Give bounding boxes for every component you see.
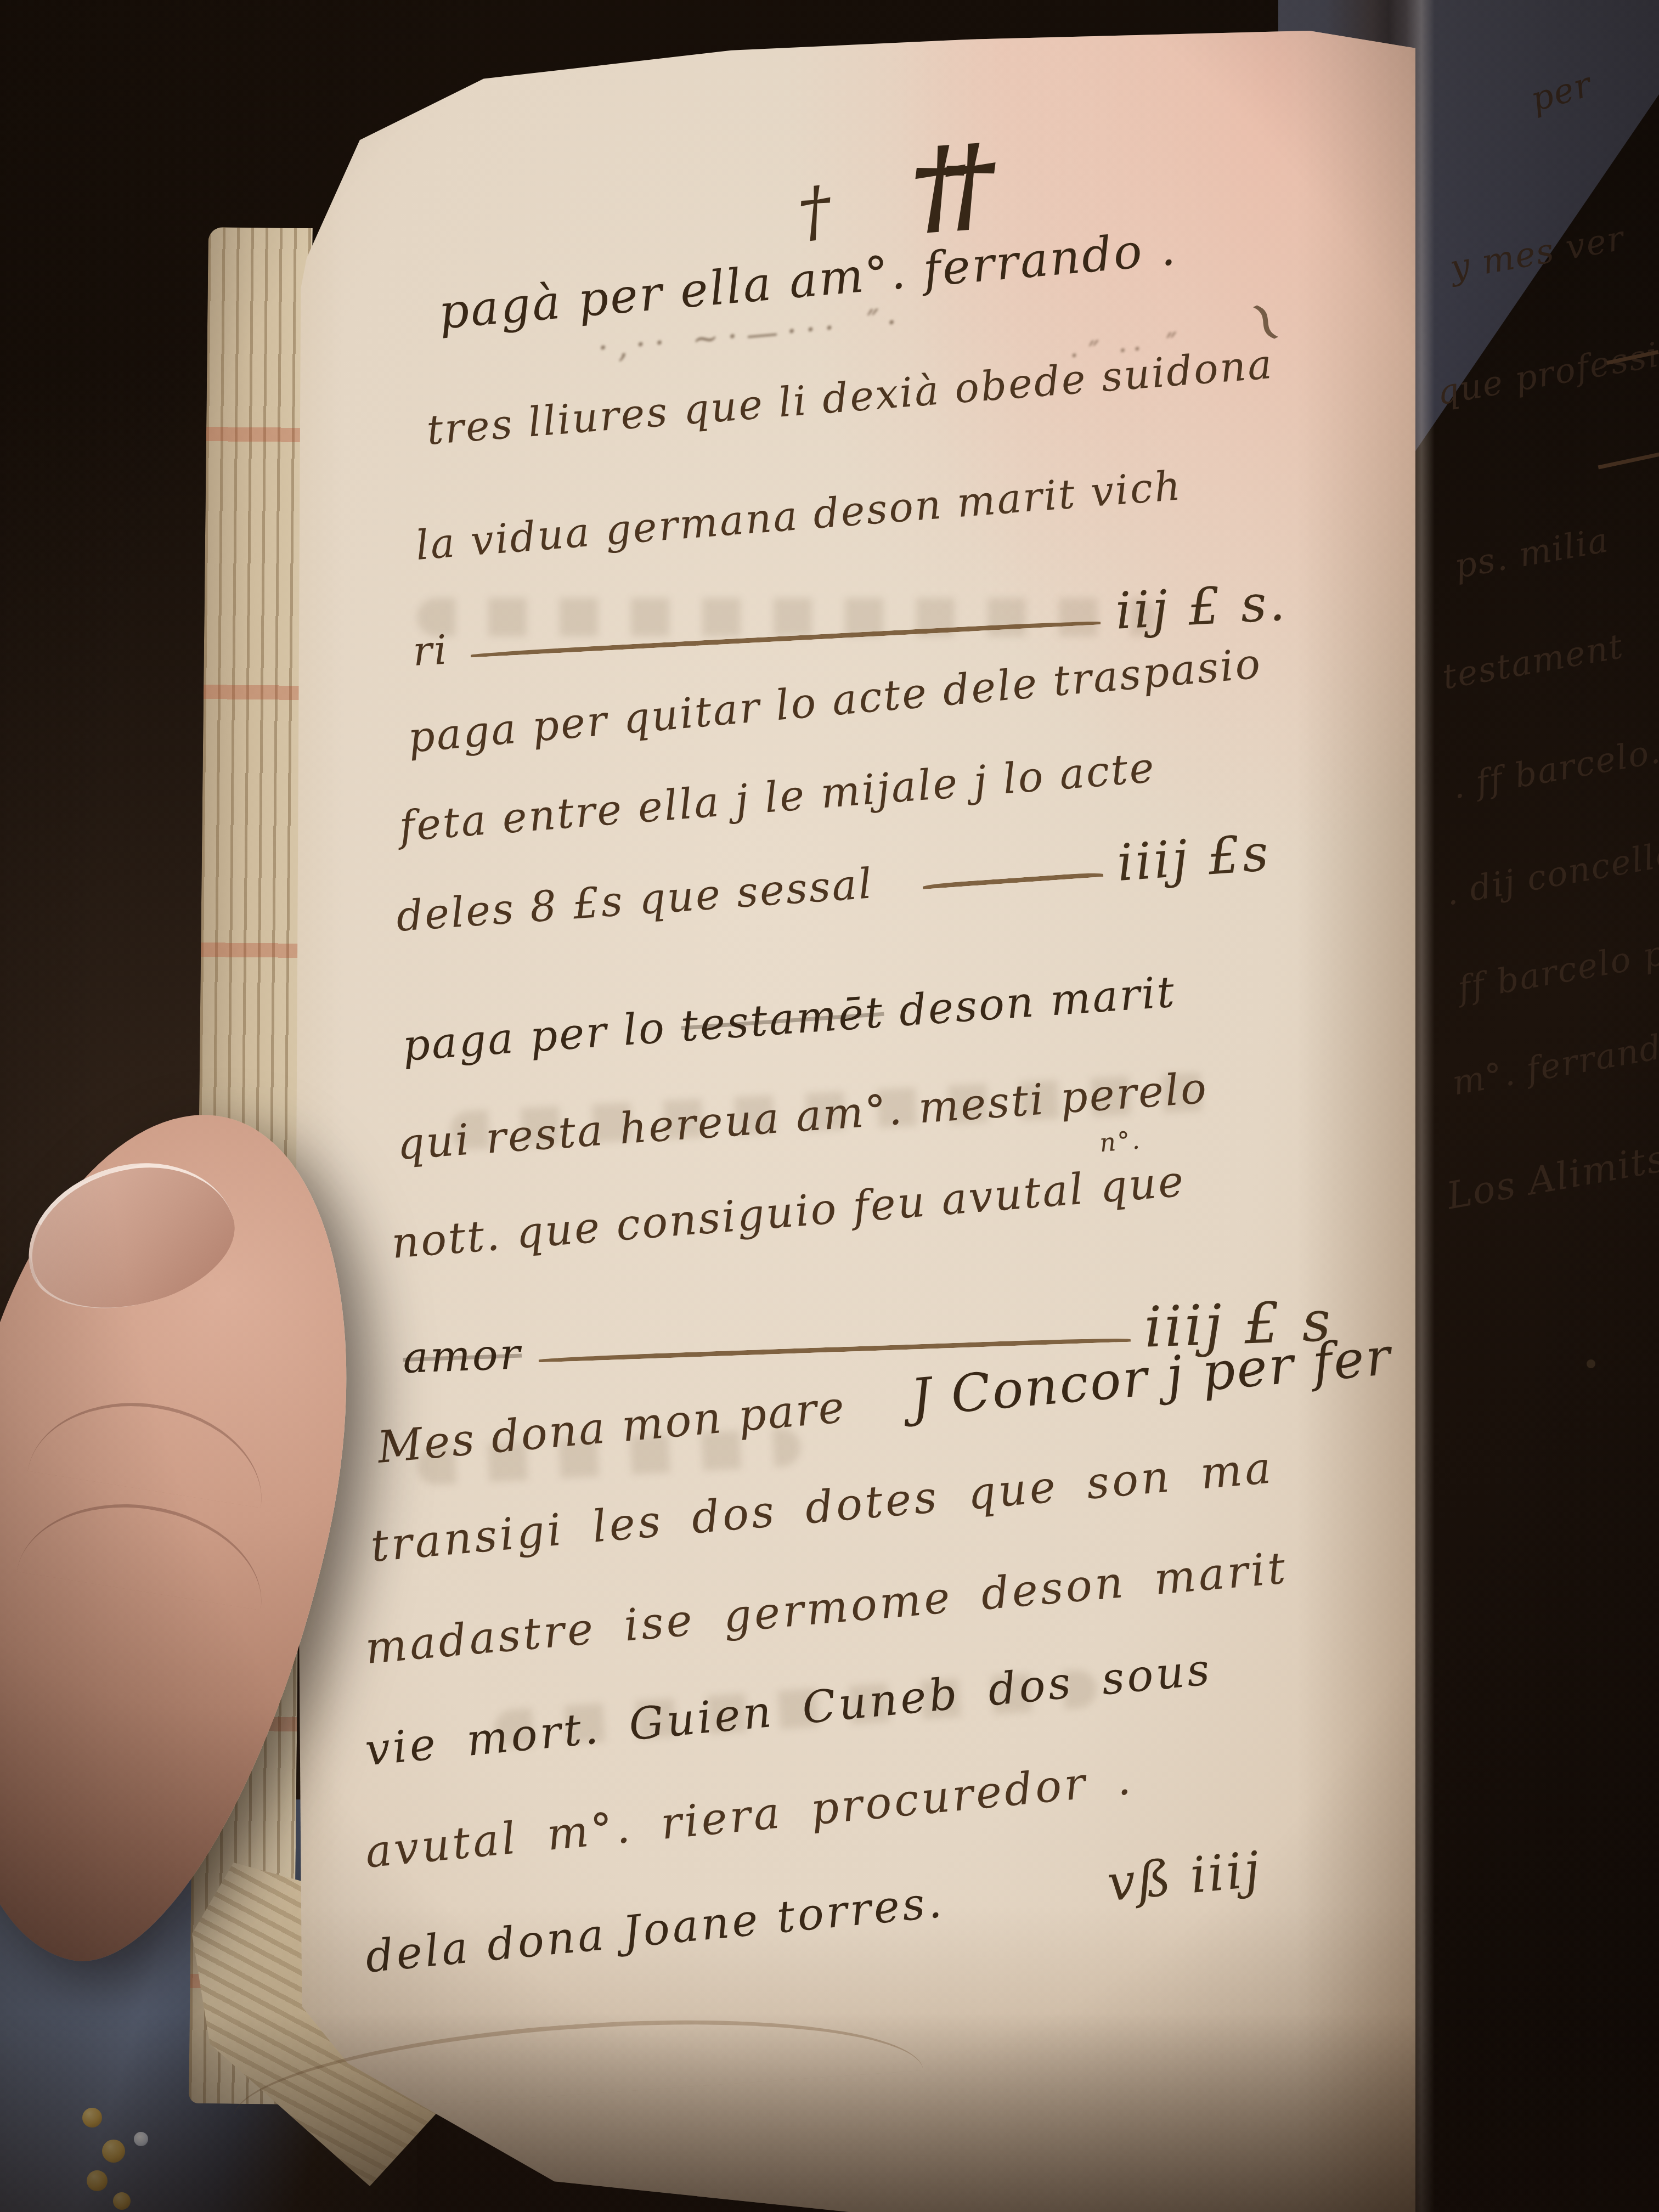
double-cross-mark: ††	[906, 122, 975, 249]
amount-value: iiij £s	[1115, 823, 1272, 893]
bracelet-bead	[134, 2132, 148, 2146]
bracelet-bead	[82, 2108, 102, 2128]
bracelet-bead	[113, 2192, 131, 2210]
superscript-word: n°.que	[1098, 1156, 1187, 1212]
manuscript-photo: ·‚·· ~·—··· ˝· ·˝ ·· ˝ † †† ~ pagà per e…	[0, 0, 1659, 2212]
tally-rule	[923, 871, 1104, 889]
amount-value: iij £ s.	[1114, 573, 1288, 641]
entry-line-start: ri	[411, 627, 449, 675]
entry-line-text: que	[1098, 1156, 1187, 1212]
superscript-abbreviation: n°.	[1098, 1125, 1142, 1158]
bracelet-bead	[102, 2140, 125, 2163]
struck-word: amor	[402, 1329, 523, 1383]
bracelet-bead	[87, 2170, 108, 2191]
ink-dot	[1587, 1359, 1595, 1368]
